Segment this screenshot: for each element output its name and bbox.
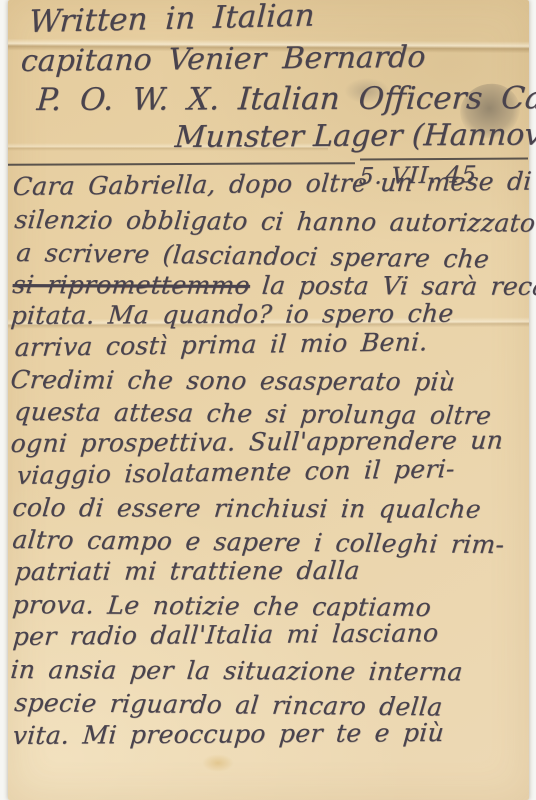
handwriting-line: per radio dall'Italia mi lasciano — [12, 618, 440, 651]
paper-stain — [202, 754, 234, 772]
camp-location: Munster Lager (Hannover) — [174, 117, 536, 155]
handwriting-line: silenzio obbligato ci hanno autorizzato — [13, 205, 536, 238]
pow-camp-address: P. O. W. X. Italian Officers Camp — [36, 80, 536, 118]
handwriting-line: viaggio isolatamente con il peri- — [16, 454, 456, 490]
handwriting-line: pitata. Ma quando? io spero che — [10, 299, 455, 330]
handwriting-line: arriva costì prima il mio Beni. — [14, 327, 429, 362]
handwriting-line: altro campo e sapere i colleghi rim- — [11, 525, 506, 559]
sender-name: capitano Venier Bernardo — [20, 40, 427, 79]
language-annotation: Written in Italian — [28, 0, 315, 40]
handwriting-text: la posta Vi sarà reca- — [261, 271, 536, 301]
handwriting-line: si ripromettemmola posta Vi sarà reca- — [11, 270, 536, 301]
crossed-out-text: si ripromettemmo — [11, 270, 251, 300]
handwriting-line: a scrivere (lasciandoci sperare che — [15, 238, 491, 274]
handwriting-line: specie riguardo al rincaro della — [13, 688, 444, 721]
handwriting-line: vita. Mi preoccupo per te e più — [12, 718, 446, 750]
handwriting-line: ogni prospettiva. Sull'apprendere un — [10, 426, 505, 458]
scanned-letter: Written in Italian capitano Venier Berna… — [0, 0, 536, 800]
handwriting-line: colo di essere rinchiusi in qualche — [11, 493, 482, 524]
handwriting-line: patriati mi trattiene dalla — [14, 556, 362, 586]
handwriting-line: Credimi che sono esasperato più — [9, 365, 456, 396]
handwriting-line: prova. Le notizie che captiamo — [11, 590, 432, 622]
handwriting-line: Cara Gabriella, dopo oltre un mese di — [12, 167, 533, 201]
header-divider-line-right — [360, 158, 528, 161]
letter-paper: Written in Italian capitano Venier Berna… — [8, 0, 529, 800]
header-divider-line-left — [8, 162, 355, 166]
handwriting-line: in ansia per la situazione interna — [9, 655, 464, 686]
